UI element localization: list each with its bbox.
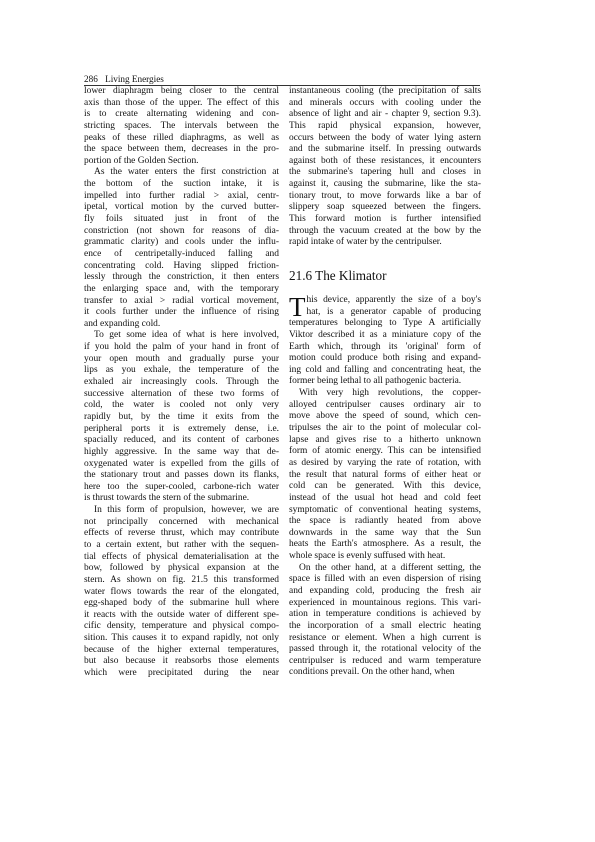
text-line: rapid intake of water by the centripulse… bbox=[289, 237, 481, 249]
text-line: impelled into further radial > axial, ce… bbox=[84, 191, 279, 203]
text-line: water flows towards the rear of the elon… bbox=[84, 587, 279, 599]
drop-cap: T bbox=[289, 296, 306, 318]
text-line: sition. This causes it to expand rapidly… bbox=[84, 633, 279, 645]
text-line: instead of the usual hot head and cold f… bbox=[289, 493, 481, 505]
text-line: This rapid physical expansion, however, bbox=[289, 121, 481, 133]
text-line: space is filled with an even dispersion … bbox=[289, 574, 481, 586]
text-line: To get some idea of what is here involve… bbox=[84, 330, 279, 342]
text-line: alloyed centripulser causes ordinary air… bbox=[289, 400, 481, 412]
text-line: peaks of these rilled diaphragms, as wel… bbox=[84, 133, 279, 145]
text-line: tripulses the air to the point of molecu… bbox=[289, 423, 481, 435]
text-line: but also because it reabsorbs those elem… bbox=[84, 656, 279, 668]
text-line: portion of the Golden Section. bbox=[84, 156, 279, 168]
text-line: lower diaphragm being closer to the cent… bbox=[84, 86, 279, 98]
text-line: As the water enters the first constricti… bbox=[84, 167, 279, 179]
left-column: lower diaphragm being closer to the cent… bbox=[84, 86, 279, 680]
text-line: ence of centripetally-induced falling an… bbox=[84, 249, 279, 261]
page-number: 286 bbox=[84, 74, 98, 84]
text-line: the result that natural forms of either … bbox=[289, 470, 481, 482]
text-line: because of the higher external temperatu… bbox=[84, 645, 279, 657]
text-line: the enlarging space and, with the tempor… bbox=[84, 284, 279, 296]
text-line: and expanding cold. bbox=[84, 319, 279, 331]
section-heading: 21.6 The Klimator bbox=[289, 268, 481, 284]
text-line: spacially reduced, and its content of ca… bbox=[84, 435, 279, 447]
text-line: it cools further under the influence of … bbox=[84, 307, 279, 319]
text-line: tionary trout, to move forwards like a b… bbox=[289, 191, 481, 203]
text-line: hat, is a generator capable of producing bbox=[289, 307, 481, 319]
text-line: against it, causing the submarine, like … bbox=[289, 179, 481, 191]
book-page: 286 Living Energies lower diaphragm bein… bbox=[0, 0, 595, 842]
text-line: form of atomic energy. This can be inten… bbox=[289, 446, 481, 458]
text-line: Earth which, through its 'original' form… bbox=[289, 342, 481, 354]
text-line: fly foils situated just in front of the bbox=[84, 214, 279, 226]
text-line: oxygenated water is expelled from the gi… bbox=[84, 459, 279, 471]
text-line: the stationary trout and passes down its… bbox=[84, 470, 279, 482]
text-line: ation in temperature conditions is achie… bbox=[289, 609, 481, 621]
text-line: stricting spaces. The intervals between … bbox=[84, 121, 279, 133]
text-line: to a certain extent, but rather with the… bbox=[84, 540, 279, 552]
text-line: temperatures belonging to Type A artific… bbox=[289, 318, 481, 330]
right-column-continuation: instantaneous cooling (the precipitation… bbox=[289, 86, 481, 249]
text-line: On the other hand, at a different settin… bbox=[289, 563, 481, 575]
text-line: conditions prevail. On the other hand, w… bbox=[289, 667, 481, 679]
text-line: is thrust towards the stern of the subma… bbox=[84, 493, 279, 505]
text-line: constriction (not shown for reasons of d… bbox=[84, 226, 279, 238]
running-title: Living Energies bbox=[105, 74, 164, 84]
text-line: here too the super-cooled, carbone-rich … bbox=[84, 482, 279, 494]
text-line: heats the Earth's atmosphere. As a resul… bbox=[289, 539, 481, 551]
text-line: With very high revolutions, the copper- bbox=[289, 388, 481, 400]
text-line: the submarine's tapering hull and closes… bbox=[289, 167, 481, 179]
text-line: the space between them, decreases in the… bbox=[84, 144, 279, 156]
text-line: effects of reverse thrust, which may con… bbox=[84, 528, 279, 540]
text-line: cold can be generated. With this device, bbox=[289, 481, 481, 493]
running-header: 286 Living Energies bbox=[84, 73, 480, 86]
text-line: lips as you exhale, the temperature of t… bbox=[84, 365, 279, 377]
text-line: occurs between the body of water lying a… bbox=[289, 133, 481, 145]
text-line: the bottom of the suction intake, it is bbox=[84, 179, 279, 191]
text-line: ing cold and falling and concentrating h… bbox=[289, 365, 481, 377]
text-line: his device, apparently the size of a boy… bbox=[289, 295, 481, 307]
text-line: passed through it, the rotational veloci… bbox=[289, 644, 481, 656]
text-line: absence of light and air - chapter 9, se… bbox=[289, 109, 481, 121]
text-line: cold, the water is cooled not only very bbox=[84, 400, 279, 412]
text-line: lapse and gives rise to a hitherto unkno… bbox=[289, 435, 481, 447]
text-line: former being lethal to all pathogenic ba… bbox=[289, 376, 481, 388]
text-line: egg-shaped body of the submarine hull wh… bbox=[84, 598, 279, 610]
text-line: as desired by varying the rate of rotati… bbox=[289, 458, 481, 470]
text-line: stern. As shown on fig. 21.5 this transf… bbox=[84, 575, 279, 587]
text-line: grammatic clarity) and cools under the i… bbox=[84, 237, 279, 249]
text-line: it reacts with the outside water of diff… bbox=[84, 610, 279, 622]
text-line: lessly through the constriction, it then… bbox=[84, 272, 279, 284]
text-line: bow, followed by physical expansion at t… bbox=[84, 563, 279, 575]
text-line: the incorporation of a small electric he… bbox=[289, 621, 481, 633]
drop-cap-paragraph-start: T his device, apparently the size of a b… bbox=[289, 295, 481, 318]
text-line: symptomatic of conventional heating syst… bbox=[289, 505, 481, 517]
text-line: and the submarine itself. In pressing ou… bbox=[289, 144, 481, 156]
text-line: successive alternation of these two form… bbox=[84, 389, 279, 401]
text-line: if you hold the palm of your hand in fro… bbox=[84, 342, 279, 354]
section-spacer bbox=[289, 249, 481, 268]
text-line: move above the speed of sound, which cen… bbox=[289, 411, 481, 423]
text-line: In this form of propulsion, however, we … bbox=[84, 505, 279, 517]
text-line: concentrating cold. Having slipped frict… bbox=[84, 261, 279, 273]
text-line: and expanding cold, producing the fresh … bbox=[289, 586, 481, 598]
text-line: cific density, temperature and physical … bbox=[84, 621, 279, 633]
text-line: This forward motion is further intensifi… bbox=[289, 214, 481, 226]
text-line: is to create alternating widening and co… bbox=[84, 109, 279, 121]
text-line: instantaneous cooling (the precipitation… bbox=[289, 86, 481, 98]
text-line: and minerals occurs with cooling under t… bbox=[289, 98, 481, 110]
text-line: exhaled air increasingly cools. Through … bbox=[84, 377, 279, 389]
text-line: highly aggressive. In the same way that … bbox=[84, 447, 279, 459]
text-line: your open mouth and gradually purse your bbox=[84, 354, 279, 366]
text-line: through the vacuum created at the bow by… bbox=[289, 226, 481, 238]
text-line: experienced in mountainous regions. This… bbox=[289, 598, 481, 610]
text-line: Viktor described it as a miniature copy … bbox=[289, 330, 481, 342]
text-line: tial effects of physical dematerialisati… bbox=[84, 552, 279, 564]
right-column: instantaneous cooling (the precipitation… bbox=[289, 86, 481, 679]
section-body: temperatures belonging to Type A artific… bbox=[289, 318, 481, 679]
text-line: which were precipitated during the near bbox=[84, 668, 279, 680]
text-line: peripheral ports it is extremely dense, … bbox=[84, 424, 279, 436]
text-line: not principally concerned with mechanica… bbox=[84, 517, 279, 529]
text-line: downwards in the same way that the Sun bbox=[289, 528, 481, 540]
text-line: whole space is evenly suffused with heat… bbox=[289, 551, 481, 563]
text-line: centripulser is reduced and warm tempera… bbox=[289, 656, 481, 668]
text-line: motion could produce both rising and exp… bbox=[289, 353, 481, 365]
text-line: the space is radiantly heated from above bbox=[289, 516, 481, 528]
text-line: rapidly but, by the time it exits from t… bbox=[84, 412, 279, 424]
text-line: transfer to axial > radial vortical move… bbox=[84, 296, 279, 308]
text-line: axis than those of the upper. The effect… bbox=[84, 98, 279, 110]
text-line: against both of these resistances, it en… bbox=[289, 156, 481, 168]
text-line: ipetal, vortical motion by the curved bu… bbox=[84, 202, 279, 214]
text-line: slippery soap squeezed between the finge… bbox=[289, 202, 481, 214]
text-line: resistance or element. When a high curre… bbox=[289, 633, 481, 645]
